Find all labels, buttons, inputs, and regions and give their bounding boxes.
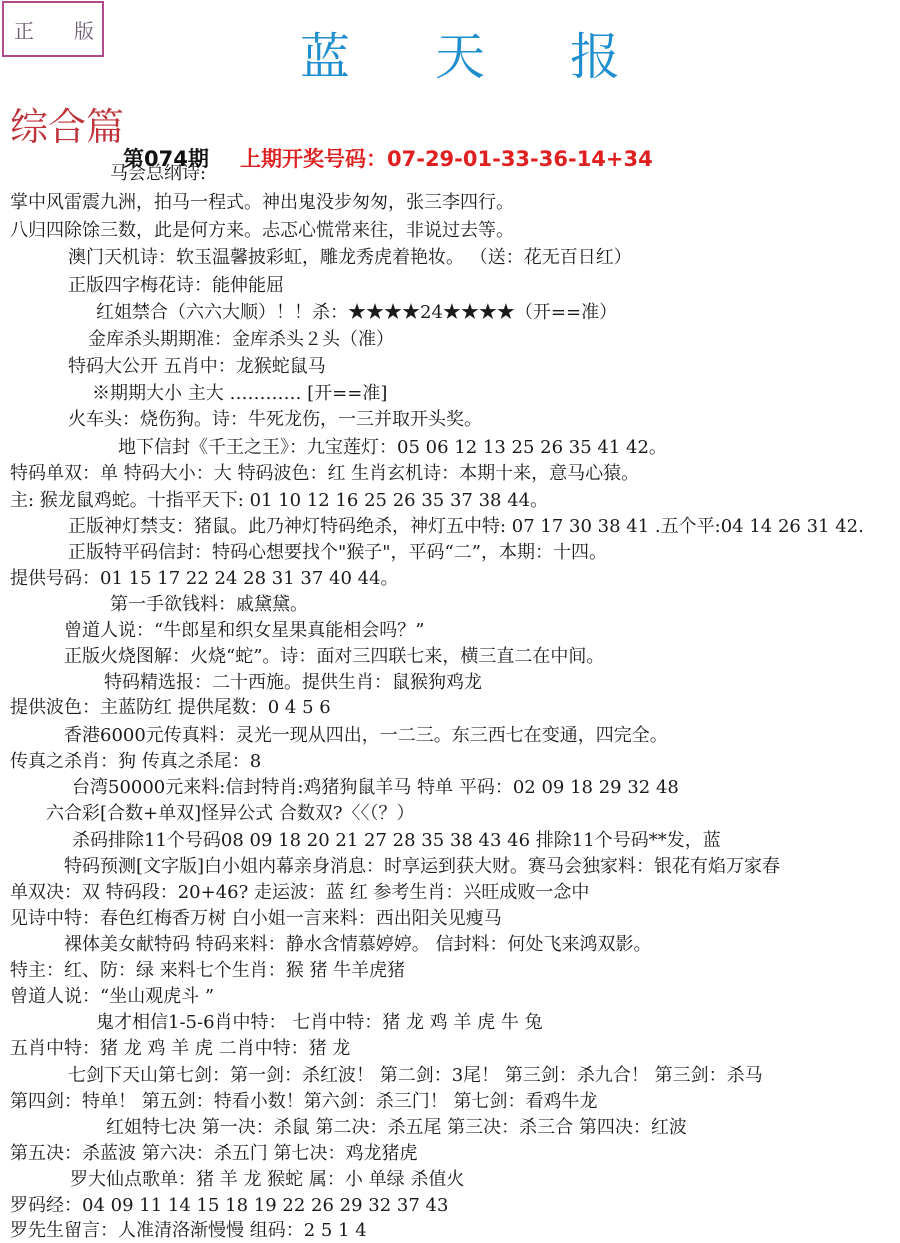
text-line: 曾道人说：“牛郎星和织女星果真能相会吗？”: [64, 620, 424, 642]
text-line: 第一手欲钱料：戚黛黛。: [110, 594, 308, 616]
text-line: 提供号码：01 15 17 22 24 28 31 37 40 44。: [10, 568, 399, 590]
text-line: 特主：红、防：绿 来料七个生肖：猴 猪 牛羊虎猪: [10, 960, 405, 982]
text-line: 六合彩[合数+单双]怪异公式 合数双?〈〈（？）: [46, 803, 415, 825]
badge-char-1: 正: [14, 15, 34, 44]
section-title: 综合篇: [10, 96, 124, 151]
text-line: 马会总纲诗:: [110, 163, 206, 185]
text-line: 曾道人说：“坐山观虎斗 ”: [10, 986, 214, 1008]
text-line: 提供波色：主蓝防红 提供尾数：0 4 5 6: [10, 697, 331, 719]
masthead-char-1: 蓝: [300, 17, 350, 89]
masthead-char-3: 报: [570, 17, 620, 89]
text-line: 正版火烧图解：火烧“蛇”。诗：面对三四联七来，横三直二在中间。: [64, 646, 604, 668]
text-line: 杀码排除11个号码08 09 18 20 21 27 28 35 38 43 4…: [72, 830, 721, 852]
text-line: 第四剑：特单！ 第五剑：特看小数！第六剑：杀三门！ 第七剑：看鸡牛龙: [10, 1091, 597, 1113]
last-draw-numbers: 上期开奖号码：07-29-01-33-36-14+34: [240, 143, 653, 173]
text-line: 单双决：双 特码段：20+46? 走运波：蓝 红 参考生肖：兴旺成败一念中: [10, 882, 589, 904]
text-line: 七剑下天山第七剑：第一剑：杀红波！ 第二剑：3尾！ 第三剑：杀九合！ 第三剑：杀…: [68, 1065, 763, 1087]
text-line: 地下信封《千王之王》：九宝莲灯：05 06 12 13 25 26 35 41 …: [118, 437, 667, 459]
text-line: 正版神灯禁支：猪鼠。此乃神灯特码绝杀，神灯五中特: 07 17 30 38 41…: [68, 516, 864, 538]
text-line: 香港6000元传真料：灵光一现从四出，一二三。东三西七在变通，四完全。: [64, 725, 668, 747]
text-line: 第五决：杀蓝波 第六决：杀五门 第七决：鸡龙猪虎: [10, 1143, 417, 1165]
text-line: 五肖中特：猪 龙 鸡 羊 虎 二肖中特：猪 龙: [10, 1038, 350, 1060]
text-line: 传真之杀肖：狗 传真之杀尾：8: [10, 751, 261, 773]
genuine-edition-badge: 正 版: [2, 1, 104, 57]
text-line: 正版四字梅花诗：能伸能屈: [68, 275, 284, 297]
text-line: 见诗中特：春色红梅香万树 白小姐一言来料：西出阳关见瘦马: [10, 908, 502, 930]
text-line: 八归四除馀三数，此是何方来。忐忑心慌常来往，非说过去等。: [10, 220, 514, 242]
text-line: 特码预测[文字版]白小姐内幕亲身消息：时享运到获大财。赛马会独家料：银花有焰万家…: [64, 856, 780, 878]
text-line: 火车头：烧伤狗。诗：牛死龙伤，一三并取开头奖。: [68, 409, 482, 431]
text-line: 台湾50000元来料:信封特肖:鸡猪狗鼠羊马 特单 平码：02 09 18 29…: [72, 777, 679, 799]
masthead-char-2: 天: [435, 17, 485, 89]
text-line: 正版特平码信封：特码心想要找个"猴子"，平码“二”，本期：十四。: [68, 542, 607, 564]
text-line: 罗码经：04 09 11 14 15 18 19 22 26 29 32 37 …: [10, 1195, 448, 1217]
badge-char-2: 版: [74, 15, 94, 44]
text-line: 特码精选报：二十西施。提供生肖：鼠猴狗鸡龙: [104, 672, 482, 694]
text-line: 澳门天机诗：软玉温馨披彩虹，雕龙秀虎着艳妆。 （送：花无百日红）: [68, 247, 632, 269]
text-line: 红姐特七决 第一决：杀鼠 第二决：杀五尾 第三决：杀三合 第四决：红波: [106, 1117, 687, 1139]
text-line: 罗先生留言：人准清洛渐慢慢 组码：2 5 1 4: [10, 1220, 367, 1242]
text-line: 鬼才相信1-5-6肖中特： 七肖中特：猪 龙 鸡 羊 虎 牛 兔: [96, 1012, 543, 1034]
text-line: 金库杀头期期准：金库杀头２头（准）: [88, 329, 394, 351]
text-line: 掌中风雷震九洲，拍马一程式。神出鬼没步匆匆，张三李四行。: [10, 192, 514, 214]
text-line: 罗大仙点歌单：猪 羊 龙 猴蛇 属：小 单绿 杀值火: [70, 1169, 464, 1191]
text-line: 特码大公开 五肖中：龙猴蛇鼠马: [68, 356, 326, 378]
text-line: 红姐禁合（六六大顺）！！杀：★★★★24★★★★（开==准）: [96, 302, 617, 324]
text-line: 主: 猴龙鼠鸡蛇。十指平天下: 01 10 12 16 25 26 35 37 …: [10, 490, 548, 512]
text-line: ※期期大小 主大 ………… [开==准]: [92, 383, 387, 405]
text-line: 特码单双：单 特码大小：大 特码波色：红 生肖玄机诗：本期十来，意马心猿。: [10, 463, 639, 485]
masthead-title: 蓝 天 报: [300, 18, 620, 88]
text-line: 裸体美女献特码 特码来料：静水含情慕婷婷。 信封料：何处飞来鸿双影。: [64, 934, 651, 956]
